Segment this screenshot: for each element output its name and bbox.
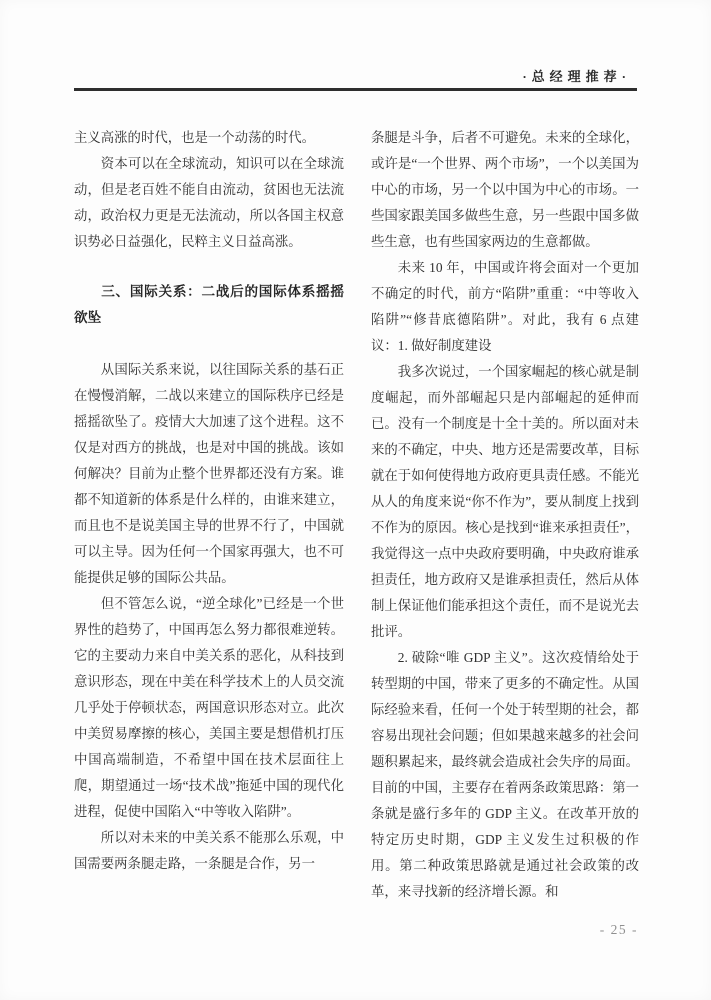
paragraph: 从国际关系来说，以往国际关系的基石正在慢慢消解，二战以来建立的国际秩序已经是摇摇… [74,357,344,591]
paragraph: 2. 破除“唯 GDP 主义”。这次疫情给处于转型期的中国，带来了更多的不确定性… [371,645,639,905]
magazine-page: ·总经理推荐· 主义高涨的时代，也是一个动荡的时代。 资本可以在全球流动，知识可… [0,0,711,1000]
section-heading: 三、国际关系：二战后的国际体系摇摇欲坠 [74,279,344,331]
running-head: ·总经理推荐· [522,66,631,85]
paragraph: 但不管怎么说，“逆全球化”已经是一个世界性的趋势了，中国再怎么努力都很难逆转。它… [74,591,344,825]
page-number: - 25 - [600,922,638,938]
paragraph-continuation: 条腿是斗争，后者不可避免。未来的全球化，或许是“一个世界、两个市场”，一个以美国… [371,125,639,255]
paragraph: 我多次说过，一个国家崛起的核心就是制度崛起，而外部崛起只是内部崛起的延伸而已。没… [371,359,639,645]
paragraph: 未来 10 年，中国或许将会面对一个更加不确定的时代，前方“陷阱”重重：“中等收… [371,255,639,359]
paragraph-continuation: 主义高涨的时代，也是一个动荡的时代。 [74,125,344,151]
left-column: 主义高涨的时代，也是一个动荡的时代。 资本可以在全球流动，知识可以在全球流动，但… [74,125,344,877]
paragraph: 资本可以在全球流动，知识可以在全球流动，但是老百姓不能自由流动，贫困也无法流动，… [74,151,344,255]
paragraph: 所以对未来的中美关系不能那么乐观，中国需要两条腿走路，一条腿是合作，另一 [74,825,344,877]
header-rule-divider [74,88,637,91]
right-column: 条腿是斗争，后者不可避免。未来的全球化，或许是“一个世界、两个市场”，一个以美国… [371,125,639,905]
